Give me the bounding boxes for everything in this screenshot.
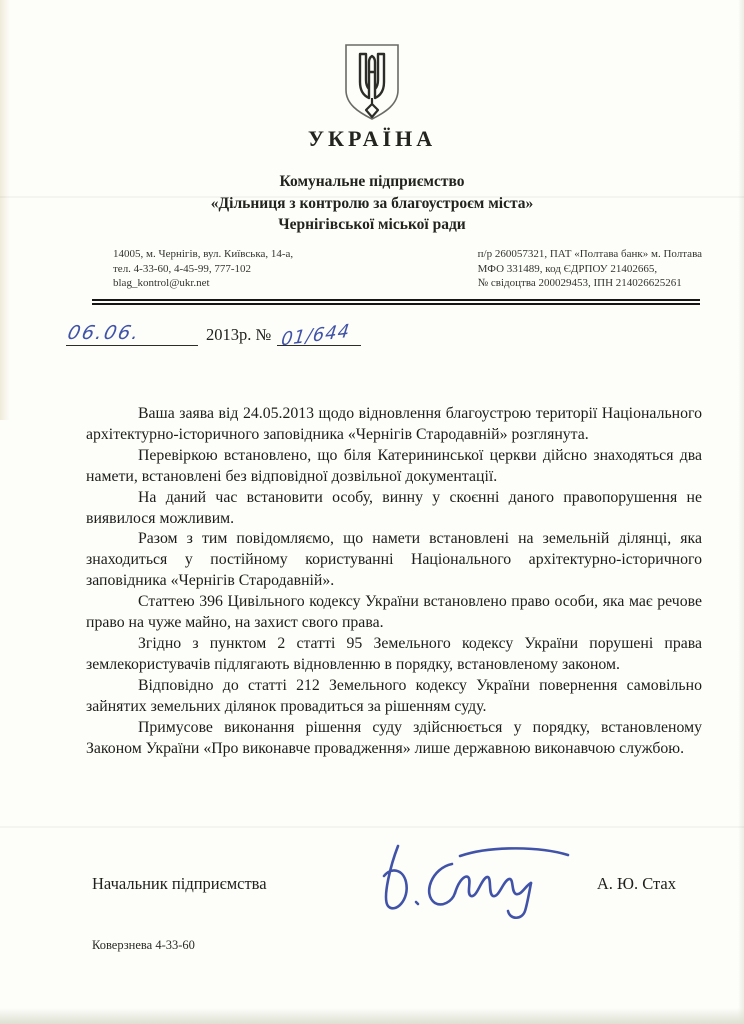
reference-line: 06.06. 2013р. № 01/644 xyxy=(66,312,361,346)
contact-bank-column: п/р 260057321, ПАТ «Полтава банк» м. Пол… xyxy=(478,247,702,291)
year-number-label: 2013р. № xyxy=(198,325,277,346)
signature-block: Начальник підприємства А. Ю. Стах xyxy=(92,836,684,936)
paragraph: Згідно з пунктом 2 статті 95 Земельного … xyxy=(86,634,702,676)
paragraph: Статтею 396 Цивільного кодексу України в… xyxy=(86,592,702,634)
scan-edge-right xyxy=(738,0,744,1024)
signer-position: Начальник підприємства xyxy=(92,874,267,894)
paragraph: Відповідно до статті 212 Земельного коде… xyxy=(86,676,702,718)
scan-edge-bottom xyxy=(0,1008,744,1024)
paragraph: Разом з тим повідомляємо, що намети вста… xyxy=(86,529,702,592)
email-address: blag_kontrol@ukr.net xyxy=(113,276,293,291)
scanned-letter-page: УКРАЇНА Комунальне підприємство «Дільниц… xyxy=(0,0,744,1024)
signer-name: А. Ю. Стах xyxy=(597,874,676,894)
paragraph: Примусове виконання рішення суду здійсню… xyxy=(86,718,702,760)
organization-name: Комунальне підприємство «Дільниця з конт… xyxy=(0,171,744,236)
paragraph: На даний час встановити особу, винну у с… xyxy=(86,488,702,530)
postal-address: 14005, м. Чернігів, вул. Київська, 14-а, xyxy=(113,247,293,262)
date-blank-line: 06.06. xyxy=(66,320,198,346)
letterhead-divider-rule xyxy=(92,299,700,305)
letter-body: Ваша заява від 24.05.2013 щодо відновлен… xyxy=(86,404,702,759)
org-line-3: Чернігівської міської ради xyxy=(0,214,744,236)
paragraph: Перевіркою встановлено, що біля Катерини… xyxy=(86,446,702,488)
certificate-numbers: № свідоцтва 200029453, ІПН 214026625261 xyxy=(478,276,702,291)
contact-block: 14005, м. Чернігів, вул. Київська, 14-а,… xyxy=(113,247,702,291)
country-title: УКРАЇНА xyxy=(0,126,744,152)
number-blank-line: 01/644 xyxy=(277,320,361,346)
handwritten-outgoing-number: 01/644 xyxy=(280,321,351,351)
contact-address-column: 14005, м. Чернігів, вул. Київська, 14-а,… xyxy=(113,247,293,291)
paper-crease xyxy=(0,826,744,828)
paragraph: Ваша заява від 24.05.2013 щодо відновлен… xyxy=(86,404,702,446)
bank-codes: МФО 331489, код ЄДРПОУ 21402665, xyxy=(478,262,702,277)
org-line-2: «Дільниця з контролю за благоустроєм міс… xyxy=(0,193,744,215)
bank-account: п/р 260057321, ПАТ «Полтава банк» м. Пол… xyxy=(478,247,702,262)
phone-numbers: тел. 4-33-60, 4-45-99, 777-102 xyxy=(113,262,293,277)
executor-reference: Коверзнева 4-33-60 xyxy=(92,938,195,953)
handwritten-date: 06.06. xyxy=(65,322,143,344)
handwritten-signature xyxy=(360,836,575,936)
org-line-1: Комунальне підприємство xyxy=(0,171,744,193)
ukraine-coat-of-arms-icon xyxy=(0,42,744,127)
